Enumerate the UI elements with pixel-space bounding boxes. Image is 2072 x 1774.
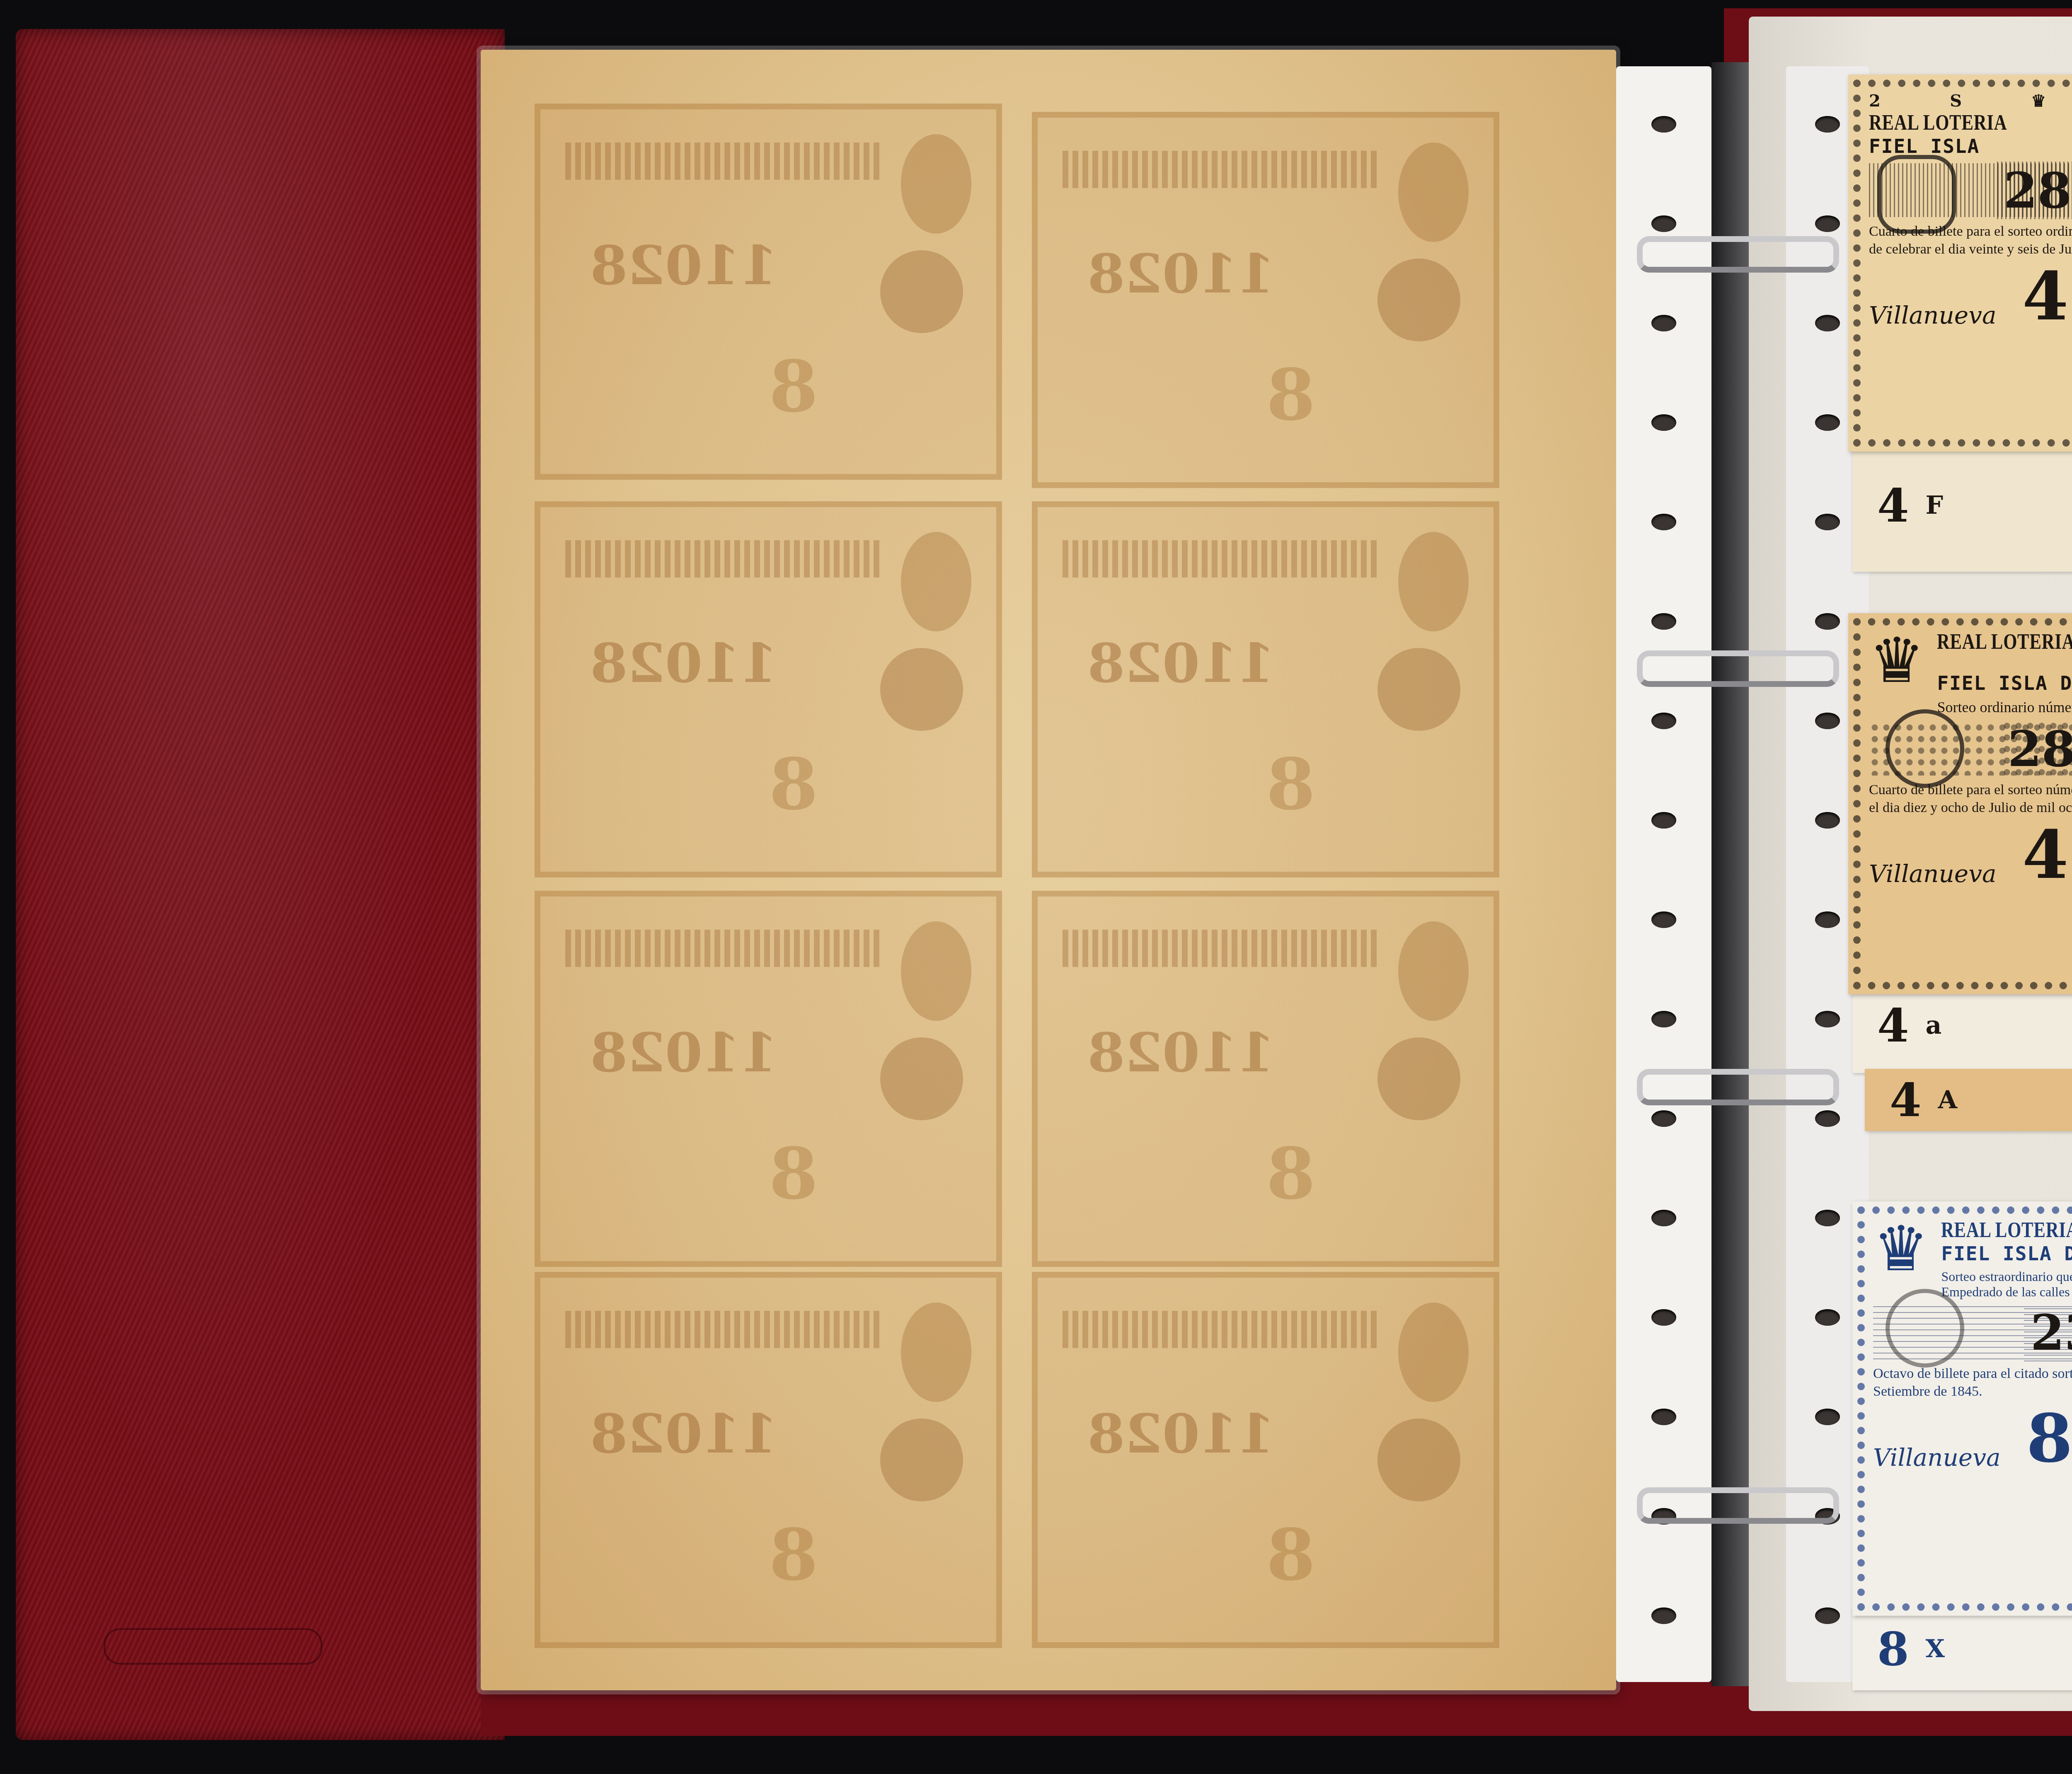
lottery-ticket-23482[interactable]: ♛ REAL LOTERIA DE LA SIEMPREF. 1. FIEL I… xyxy=(1852,1201,2072,1616)
denomination: 8 xyxy=(2026,1405,2072,1472)
signature: Villanueva xyxy=(1873,1443,2014,1472)
denomination: 4 xyxy=(2022,263,2068,329)
lottery-ticket-28591[interactable]: 2S♛401.N REAL LOTERIADE LA SIEMPRE FIEL … xyxy=(1848,75,2072,452)
ticket-slip[interactable]: 8X945X xyxy=(1852,1607,2072,1690)
ghost-ticket: 110288 xyxy=(535,891,1002,1267)
ghost-ticket: 110288 xyxy=(1032,1272,1499,1648)
embossed-cover-logo xyxy=(104,1628,322,1665)
ticket-number: 28769 xyxy=(2001,720,2072,778)
ghost-ticket: 110288 xyxy=(1032,891,1499,1267)
denomination: 4 xyxy=(2022,822,2068,888)
ghost-ticket: 110288 xyxy=(535,501,1002,877)
stamp-icon xyxy=(1877,155,1956,234)
binder-ring[interactable] xyxy=(1637,1069,1839,1105)
ticket-slip[interactable]: 4A660A xyxy=(1865,1069,2072,1131)
ghost-ticket: 110288 xyxy=(535,1272,1002,1648)
punched-strip-left xyxy=(1616,66,1711,1682)
ghost-ticket: 110288 xyxy=(1032,501,1499,877)
binder-ring[interactable] xyxy=(1637,650,1839,687)
stamp-icon xyxy=(1886,1289,1964,1368)
ghost-ticket: 110288 xyxy=(535,104,1002,480)
binder-ring[interactable] xyxy=(1637,1487,1839,1524)
ticket-slip[interactable]: 4F687F xyxy=(1852,439,2072,572)
ticket-number-bar: 28769 xyxy=(1869,722,2072,776)
ticket-number: 28591 xyxy=(1997,162,2072,219)
coat-of-arms-icon: ♛ xyxy=(1869,630,1924,692)
coat-of-arms-icon: ♛ xyxy=(2031,91,2072,111)
binder-cover-left xyxy=(16,29,505,1740)
lottery-ticket-28769[interactable]: ♛ REAL LOTERIA DE LA SIEMPREF. 2. FIEL I… xyxy=(1848,613,2072,994)
signature: Villanueva xyxy=(1869,860,2010,888)
ticket-body-text: Octavo de billete para el citado sorteo … xyxy=(1873,1365,2072,1400)
binder-ring[interactable] xyxy=(1637,236,1839,273)
ticket-number: 23482 xyxy=(2024,1304,2072,1361)
coat-of-arms-icon: ♛ xyxy=(1873,1218,1929,1280)
stamp-icon xyxy=(1886,709,1964,788)
ghost-ticket: 110288 xyxy=(1032,112,1499,488)
ticket-number-bar: 28591 xyxy=(1869,163,2072,217)
left-page-uncut-sheet[interactable]: 110288 110288 110288 110288 110288 11028… xyxy=(481,50,1616,1690)
ticket-body-text: Cuarto de billete para el sorteo número … xyxy=(1869,781,2072,817)
signature: Villanueva xyxy=(1869,301,2010,329)
ticket-number-bar: 23482 xyxy=(1873,1305,2072,1359)
